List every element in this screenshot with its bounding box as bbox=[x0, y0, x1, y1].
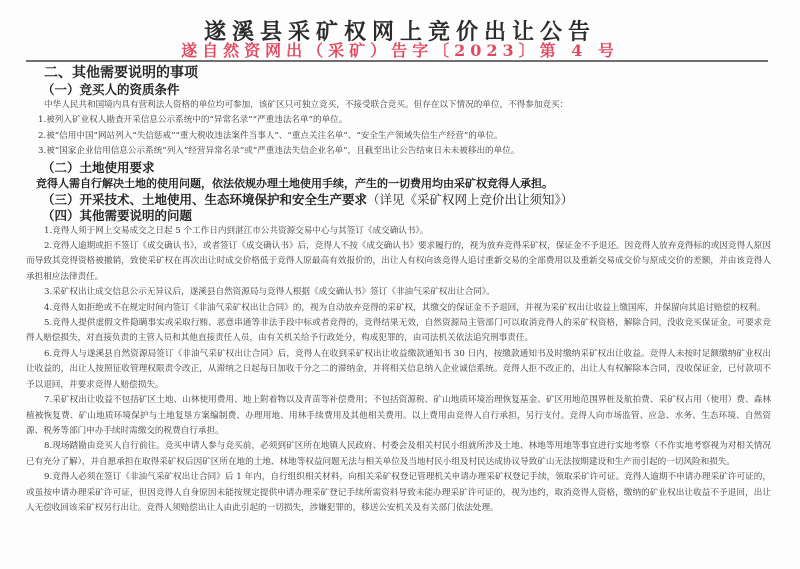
subsection-heading-note: （详见《采矿权网上竞价出让须知》） bbox=[367, 192, 573, 207]
document-body: 二、其他需要说明的事项 （一）竞买人的资质条件 中华人民共和国境内具有营利法人资… bbox=[26, 62, 771, 516]
paragraph: 3.采矿权出让成交信息公示无异议后，遂溪县自然资源局与竞得人根据《成交确认书》签… bbox=[26, 285, 771, 300]
paragraph: 2.竞得人逾期或拒不签订《成交确认书》，或者签订《成交确认书》后，竞得人不按《成… bbox=[26, 239, 771, 285]
list-item: 1.被列入矿业权人勘查开采信息公示系统中的“异常名录”“严重违法名单”的单位。 bbox=[26, 113, 771, 128]
paragraph: 6.竞得人与遂溪县自然资源局签订《非油气采矿权出让合同》后，竞得人在收到采矿权出… bbox=[26, 347, 771, 393]
paragraph: 中华人民共和国境内具有营利法人资格的单位均可参加，该矿区只可独立竞买，不接受联合… bbox=[26, 98, 771, 113]
list-item: 3.被“国家企业信用信息公示系统”列入“经营异常名录”或“严重违法失信企业名单”… bbox=[26, 144, 771, 159]
paragraph: 9.竞得人必须在签订《非油气采矿权出让合同》后 1 年内，自行组织相关材料，向相… bbox=[26, 470, 771, 516]
subsection-heading-qualifications: （一）竞买人的资质条件 bbox=[26, 82, 771, 98]
paragraph: 4.竞得人如拒绝或不在规定时间内签订《非油气采矿权出让合同》的，视为自动放弃竞得… bbox=[26, 301, 771, 316]
paragraph: 8.现场踏勘由竞买人自行前往。竞买申请人参与竞买前，必须到矿区所在地镇人民政府、… bbox=[26, 439, 771, 470]
subsection-heading-land-use: （二）土地使用要求 bbox=[26, 160, 771, 176]
subsection-heading-text: （三）开采技术、土地使用、生态环境保护和安全生产要求 bbox=[42, 192, 367, 207]
subsection-heading-requirements: （三）开采技术、土地使用、生态环境保护和安全生产要求（详见《采矿权网上竞价出让须… bbox=[26, 192, 771, 208]
paragraph: 1.竞得人须于网上交易成交之日起 5 个工作日内到湛江市公共资源交易中心与其签订… bbox=[26, 224, 771, 239]
announcement-page: 遂溪县采矿权网上竞价出让公告 遂自然资网出（采矿）告字〔2023〕第 4 号 二… bbox=[0, 0, 800, 569]
paragraph: 5.竞得人提供虚假文件隐瞒事实或采取行贿、恶意串通等非法手段中标或者竞得的，竞得… bbox=[26, 316, 771, 347]
list-item: 2.被“信用中国”网站列入“失信惩戒”“重大税收违法案件当事人”、“重点关注名单… bbox=[26, 129, 771, 144]
paragraph: 7.采矿权出让收益不包括矿区土地、山林使用费用、地上附着物以及青苗等补偿费用；不… bbox=[26, 393, 771, 439]
document-number: 遂自然资网出（采矿）告字〔2023〕第 4 号 bbox=[0, 42, 800, 60]
paragraph-land-use: 竞得人需自行解决土地的使用问题，依法依规办理土地使用手续，产生的一切费用均由采矿… bbox=[26, 176, 771, 192]
subsection-heading-other: （四）其他需要说明的问题 bbox=[26, 208, 771, 224]
section-heading: 二、其他需要说明的事项 bbox=[26, 64, 771, 82]
